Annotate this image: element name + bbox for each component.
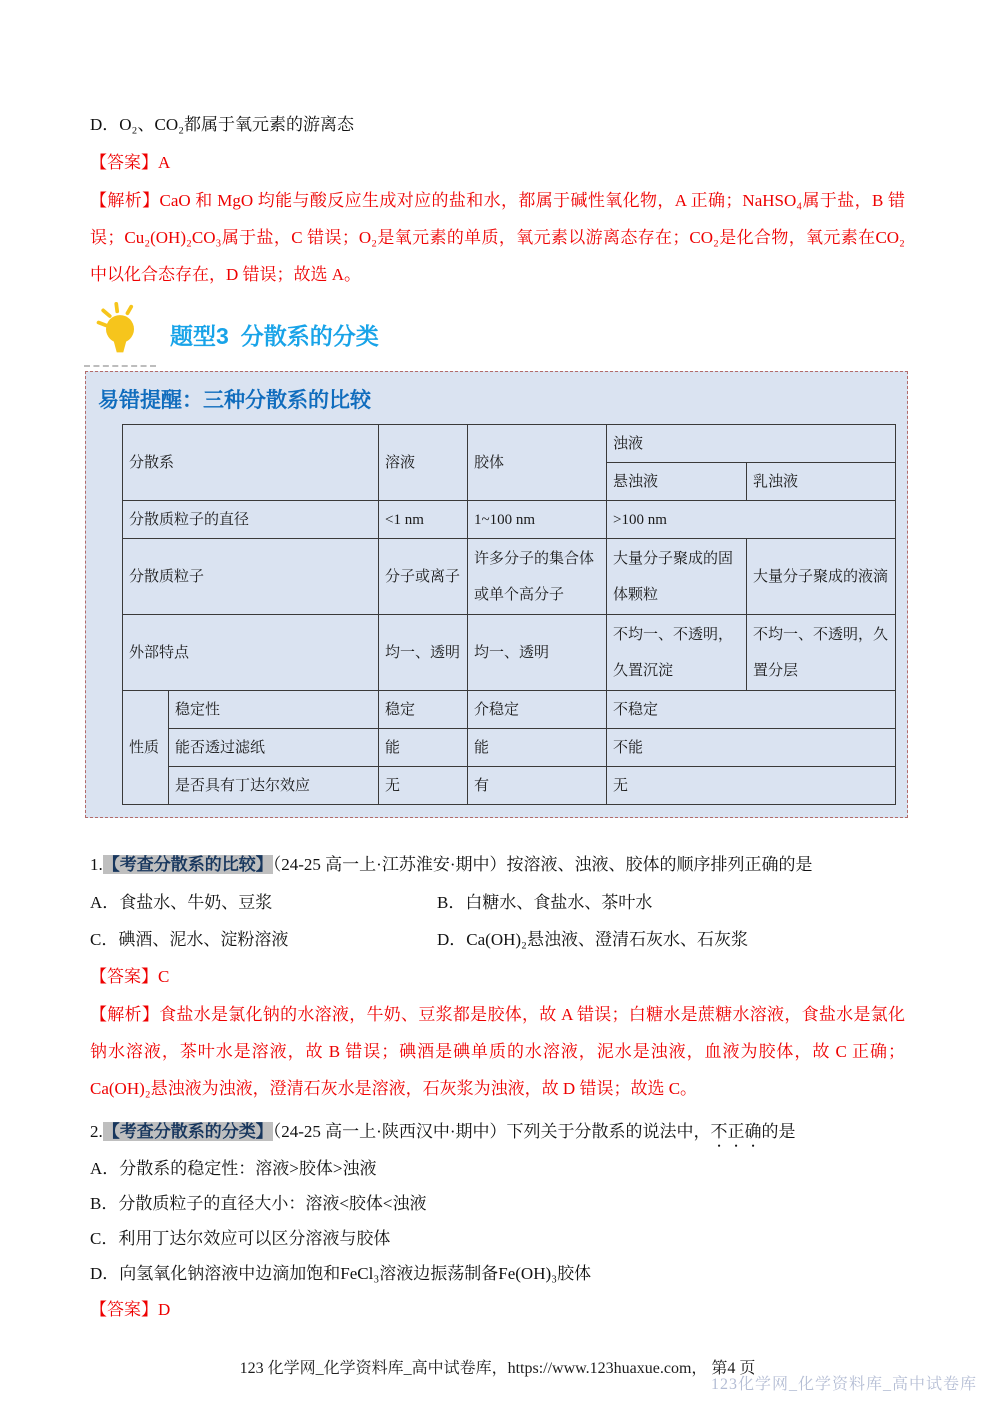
answer-line-previous: 【答案】A — [90, 144, 905, 182]
cell-tyndall-solution: 无 — [379, 767, 468, 805]
cell-filter-turbid: 不能 — [607, 729, 896, 767]
option-d-previous: D．O₂、CO₂都属于氧元素的游离态 — [90, 106, 905, 144]
question-2-text-prefix: （24-25 高一上·陕西汉中·期中）下列关于分散系的说法中， — [273, 1122, 711, 1141]
question-2-answer: 【答案】D — [90, 1291, 905, 1329]
cell-solution-header: 溶液 — [379, 425, 468, 501]
topic-header: 题型3分散系的分类 — [84, 303, 905, 365]
cell-stability-solution: 稳定 — [379, 691, 468, 729]
question-1-text: （24-25 高一上·江苏淮安·期中）按溶液、浊液、胶体的顺序排列正确的是 — [273, 855, 813, 874]
answer-label: 【答案】 — [90, 1300, 158, 1319]
cell-particles-colloid: 许多分子的集合体或单个高分子 — [468, 539, 607, 615]
cell-filter-colloid: 能 — [468, 729, 607, 767]
reminder-box-title: 易错提醒：三种分散系的比较 — [96, 382, 887, 424]
cell-filter-label: 能否透过滤纸 — [169, 729, 379, 767]
cell-suspension-header: 悬浊液 — [607, 463, 747, 501]
answer-value: A — [158, 153, 170, 172]
answer-value: D — [158, 1300, 170, 1319]
cell-particles-suspension: 大量分子聚成的固体颗粒 — [607, 539, 747, 615]
cell-dispersion: 分散系 — [123, 425, 379, 501]
table-row-filter: 能否透过滤纸 能 能 不能 — [123, 729, 896, 767]
question-1-stem: 1.【考查分散系的比较】（24-25 高一上·江苏淮安·期中）按溶液、浊液、胶体… — [90, 846, 905, 884]
cell-tyndall-turbid: 无 — [607, 767, 896, 805]
cell-diameter-turbid: >100 nm — [607, 501, 896, 539]
cell-particles-emulsion: 大量分子聚成的液滴 — [747, 539, 896, 615]
table-row-header-1: 分散系 溶液 胶体 浊液 — [123, 425, 896, 463]
question-1-option-a: A．食盐水、牛奶、豆浆 — [90, 884, 437, 921]
question-2-option-c: C．利用丁达尔效应可以区分溶液与胶体 — [90, 1221, 905, 1256]
table-row-particles: 分散质粒子 分子或离子 许多分子的集合体或单个高分子 大量分子聚成的固体颗粒 大… — [123, 539, 896, 615]
analysis-label: 【解析】 — [90, 191, 160, 210]
analysis-previous: 【解析】CaO 和 MgO 均能与酸反应生成对应的盐和水，都属于碱性氧化物，A … — [90, 182, 905, 293]
cell-tyndall-label: 是否具有丁达尔效应 — [169, 767, 379, 805]
question-1-option-d: D．Ca(OH)₂悬浊液、澄清石灰水、石灰浆 — [437, 921, 748, 958]
cell-turbid-header: 浊液 — [607, 425, 896, 463]
question-1-analysis: 【解析】食盐水是氯化钠的水溶液，牛奶、豆浆都是胶体，故 A 错误；白糖水是蔗糖水… — [90, 996, 905, 1107]
cell-appearance-label: 外部特点 — [123, 615, 379, 691]
reminder-box: 易错提醒：三种分散系的比较 分散系 溶液 胶体 浊液 悬浊液 乳浊液 分散质粒子… — [85, 371, 908, 818]
topic-title-number: 题型3 — [170, 323, 229, 349]
question-1-options-row-1: A．食盐水、牛奶、豆浆 B．白糖水、食盐水、茶叶水 — [90, 884, 905, 921]
page-content: D．O₂、CO₂都属于氧元素的游离态 【答案】A 【解析】CaO 和 MgO 均… — [0, 0, 993, 1378]
cell-appearance-colloid: 均一、透明 — [468, 615, 607, 691]
table-row-diameter: 分散质粒子的直径 <1 nm 1~100 nm >100 nm — [123, 501, 896, 539]
cell-diameter-colloid: 1~100 nm — [468, 501, 607, 539]
analysis-text: CaO 和 MgO 均能与酸反应生成对应的盐和水，都属于碱性氧化物，A 正确；N… — [90, 191, 905, 284]
question-1-option-c: C．碘酒、泥水、淀粉溶液 — [90, 921, 437, 958]
topic-title-text: 分散系的分类 — [241, 323, 379, 349]
cell-stability-turbid: 不稳定 — [607, 691, 896, 729]
question-2-option-b: B．分散质粒子的直径大小：溶液<胶体<浊液 — [90, 1186, 905, 1221]
cell-particles-solution: 分子或离子 — [379, 539, 468, 615]
question-2-text-emphasis: 不正确 — [710, 1122, 761, 1141]
cell-appearance-solution: 均一、透明 — [379, 615, 468, 691]
cell-emulsion-header: 乳浊液 — [747, 463, 896, 501]
table-row-stability: 性质 稳定性 稳定 介稳定 不稳定 — [123, 691, 896, 729]
table-row-tyndall: 是否具有丁达尔效应 无 有 无 — [123, 767, 896, 805]
question-2-stem: 2.【考查分散系的分类】（24-25 高一上·陕西汉中·期中）下列关于分散系的说… — [90, 1113, 905, 1151]
question-1-option-b: B．白糖水、食盐水、茶叶水 — [437, 884, 652, 921]
cell-diameter-label: 分散质粒子的直径 — [123, 501, 379, 539]
cell-stability-label: 稳定性 — [169, 691, 379, 729]
answer-value: C — [158, 967, 169, 986]
question-2-option-d: D．向氢氧化钠溶液中边滴加饱和FeCl₃溶液边振荡制备Fe(OH)₃胶体 — [90, 1256, 905, 1291]
topic-title: 题型3分散系的分类 — [170, 318, 379, 351]
question-2-number: 2. — [90, 1122, 103, 1141]
question-1-number: 1. — [90, 855, 103, 874]
answer-label: 【答案】 — [90, 153, 158, 172]
lightbulb-icon — [84, 302, 156, 367]
cell-stability-colloid: 介稳定 — [468, 691, 607, 729]
analysis-text: 食盐水是氯化钠的水溶液，牛奶、豆浆都是胶体，故 A 错误；白糖水是蔗糖水溶液，食… — [90, 1005, 905, 1098]
question-2-option-a: A．分散系的稳定性：溶液>胶体>浊液 — [90, 1151, 905, 1186]
cell-appearance-emulsion: 不均一、不透明，久置分层 — [747, 615, 896, 691]
table-row-appearance: 外部特点 均一、透明 均一、透明 不均一、不透明，久置沉淀 不均一、不透明，久置… — [123, 615, 896, 691]
cell-particles-label: 分散质粒子 — [123, 539, 379, 615]
cell-appearance-suspension: 不均一、不透明，久置沉淀 — [607, 615, 747, 691]
cell-colloid-header: 胶体 — [468, 425, 607, 501]
cell-diameter-solution: <1 nm — [379, 501, 468, 539]
cell-properties-label: 性质 — [123, 691, 169, 805]
cell-filter-solution: 能 — [379, 729, 468, 767]
question-2-tag: 【考查分散系的分类】 — [103, 1122, 273, 1141]
question-1-options-row-2: C．碘酒、泥水、淀粉溶液 D．Ca(OH)₂悬浊液、澄清石灰水、石灰浆 — [90, 921, 905, 958]
question-2-text-suffix: 的是 — [761, 1122, 795, 1141]
answer-label: 【答案】 — [90, 967, 158, 986]
question-1-tag: 【考查分散系的比较】 — [103, 855, 273, 874]
watermark: 123化学网_化学资料库_高中试卷库 — [711, 1371, 977, 1394]
dispersion-comparison-table: 分散系 溶液 胶体 浊液 悬浊液 乳浊液 分散质粒子的直径 <1 nm 1~10… — [122, 424, 896, 805]
analysis-label: 【解析】 — [90, 1005, 159, 1024]
question-1-answer: 【答案】C — [90, 958, 905, 996]
cell-tyndall-colloid: 有 — [468, 767, 607, 805]
